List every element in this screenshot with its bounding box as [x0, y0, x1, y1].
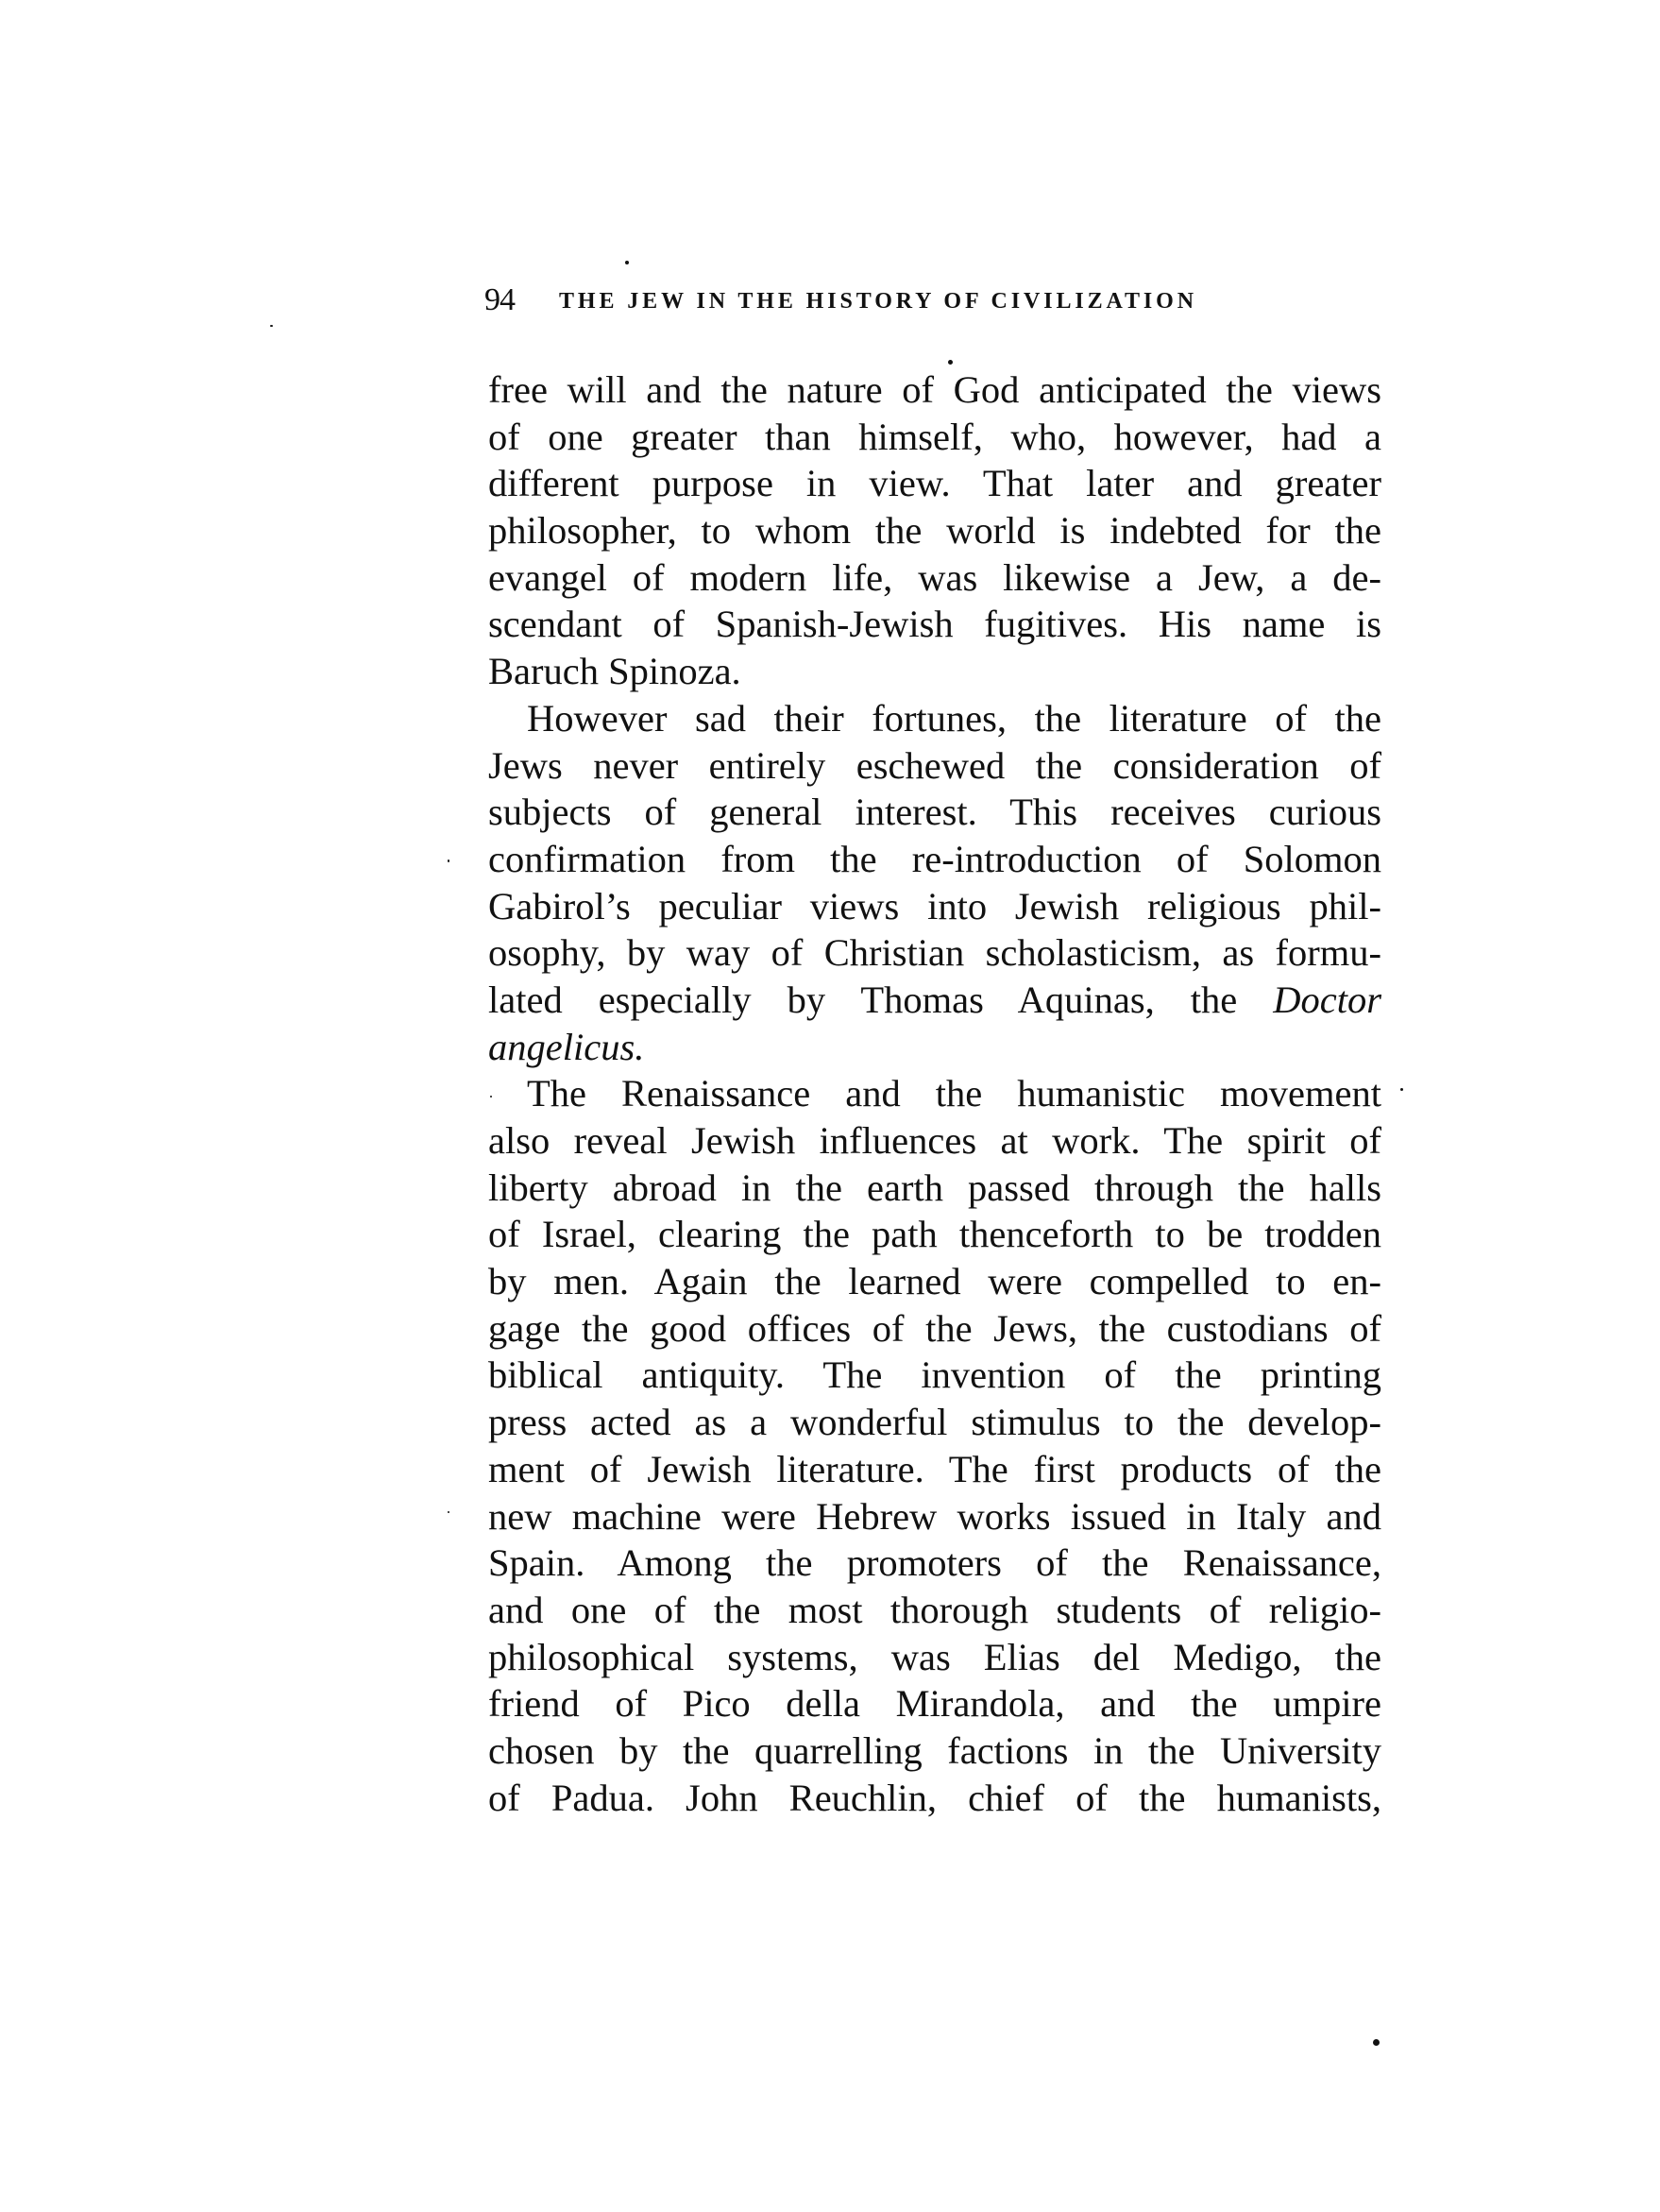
- text-line: by men. Again the learned were compelled…: [488, 1258, 1381, 1305]
- text-line: of Padua. John Reuchlin, chief of the hu…: [488, 1775, 1381, 1822]
- italic-term-line: angelicus.: [488, 1024, 1381, 1071]
- book-page: 94 THE JEW IN THE HISTORY OF CIVILIZATIO…: [0, 0, 1660, 2212]
- text-line: The Renaissance and the humanistic movem…: [488, 1070, 1381, 1117]
- text-line: philosopher, to whom the world is indebt…: [488, 507, 1381, 554]
- text-line: of one greater than himself, who, howeve…: [488, 414, 1381, 461]
- text-line: ment of Jewish literature. The first pro…: [488, 1446, 1381, 1493]
- text-line-with-italic: lated especially by Thomas Aquinas, the …: [488, 977, 1381, 1024]
- text-line: scendant of Spanish-Jewish fugitives. Hi…: [488, 601, 1381, 648]
- scan-speck: [1400, 1088, 1403, 1091]
- text-line: confirmation from the re-introduction of…: [488, 836, 1381, 883]
- text-line: evangel of modern life, was likewise a J…: [488, 554, 1381, 602]
- text-line: chosen by the quarrelling factions in th…: [488, 1727, 1381, 1775]
- running-title: THE JEW IN THE HISTORY OF CIVILIZATION: [559, 289, 1197, 315]
- text-line: philosophical systems, was Elias del Med…: [488, 1634, 1381, 1681]
- text-line: gage the good offices of the Jews, the c…: [488, 1305, 1381, 1353]
- scan-speck: [490, 1096, 492, 1097]
- running-head: 94 THE JEW IN THE HISTORY OF CIVILIZATIO…: [484, 282, 1381, 320]
- page-number: 94: [484, 282, 515, 318]
- text-line: free will and the nature of God anticipa…: [488, 366, 1381, 414]
- text-line: biblical antiquity. The invention of the…: [488, 1352, 1381, 1399]
- scan-speck: [448, 859, 449, 862]
- text-line: However sad their fortunes, the literatu…: [488, 695, 1381, 742]
- text-line: osophy, by way of Christian scholasticis…: [488, 929, 1381, 977]
- text-line: Gabirol’s peculiar views into Jewish rel…: [488, 883, 1381, 930]
- text-line: different purpose in view. That later an…: [488, 460, 1381, 507]
- scan-speck: [448, 1511, 449, 1513]
- scan-speck: [625, 261, 629, 264]
- scan-speck: [948, 360, 953, 365]
- text-line: new machine were Hebrew works issued in …: [488, 1493, 1381, 1540]
- text-line: liberty abroad in the earth passed throu…: [488, 1165, 1381, 1212]
- text-line: friend of Pico della Mirandola, and the …: [488, 1680, 1381, 1727]
- text-line: also reveal Jewish influences at work. T…: [488, 1117, 1381, 1165]
- text-line: Spain. Among the promoters of the Renais…: [488, 1540, 1381, 1587]
- text-line: Jews never entirely eschewed the conside…: [488, 742, 1381, 790]
- text-run: lated especially by Thomas Aquinas, the: [488, 978, 1237, 1021]
- text-line: and one of the most thorough students of…: [488, 1587, 1381, 1634]
- scan-speck: [270, 325, 273, 327]
- text-line: Baruch Spinoza.: [488, 648, 1381, 695]
- scan-speck: [1373, 2039, 1380, 2046]
- body-text: free will and the nature of God anticipa…: [488, 366, 1381, 1821]
- text-line: of Israel, clearing the path thenceforth…: [488, 1211, 1381, 1258]
- text-line: press acted as a wonderful stimulus to t…: [488, 1399, 1381, 1446]
- italic-term: Doctor: [1273, 978, 1381, 1021]
- text-line: subjects of general interest. This recei…: [488, 789, 1381, 836]
